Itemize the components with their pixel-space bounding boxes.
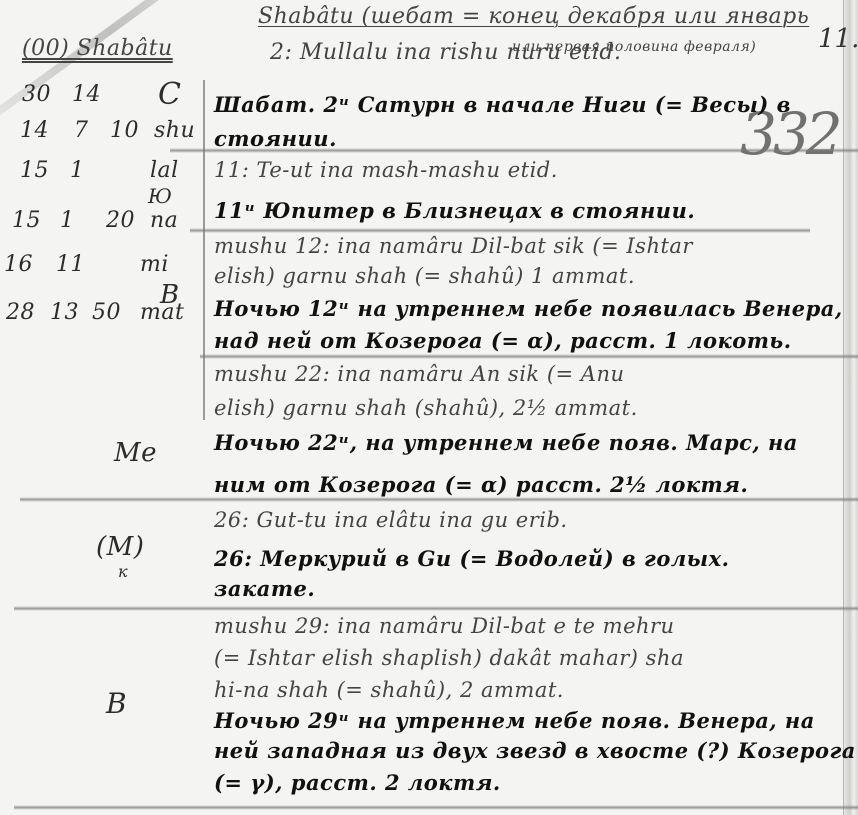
margin-cell: 14 (20, 120, 49, 142)
margin-divider (203, 80, 205, 420)
entry-line: 11: Te-ut ina mash-mashu etid. (214, 160, 558, 181)
entry-line: ним от Козерога (= α) расст. 2½ локтя. (214, 474, 748, 495)
entry-line: Шабат. 2ᵘ Сатурн в начале Ниги (= Весы) … (214, 94, 791, 115)
entry-line: elish) garnu shah (= shahû) 1 ammat. (214, 266, 635, 287)
page-binding-edge (843, 0, 858, 815)
entry-line: elish) garnu shah (shahû), 2½ ammat. (214, 398, 638, 419)
entry-line: Ночью 12ᵘ на утреннем небе появилась Вен… (214, 298, 843, 319)
section-label: (00) Shabâtu (22, 38, 173, 60)
entry-line: (= Ishtar elish shaplish) dakât mahar) s… (214, 648, 684, 669)
entry-line: стоянии. (214, 128, 337, 149)
margin-cell: 20 (106, 210, 135, 232)
margin-cell: 28 (6, 302, 35, 324)
margin-cell: 7 (74, 120, 89, 142)
entry-line: hi-na shah (= shahû), 2 ammat. (214, 680, 564, 701)
margin-cell: 50 (92, 302, 121, 324)
margin-note: Ю (148, 186, 172, 206)
margin-cell: 10 (110, 120, 139, 142)
margin-note: к (118, 564, 128, 580)
entry-line: mushu 22: ina namâru An sik (= Anu (214, 364, 625, 385)
margin-cell: 15 (12, 210, 41, 232)
intro-line: 2: Mullalu ina rishu nuru etid. (270, 42, 621, 64)
entry-line: над ней от Козерога (= α), расст. 1 локо… (214, 330, 792, 351)
header-title: Shabâtu (шебат = конец декабря или январ… (258, 6, 809, 28)
margin-cell: 1 (70, 160, 85, 182)
entry-divider (20, 497, 858, 502)
entry-divider (190, 228, 810, 233)
entry-line: Ночью 22ᵘ, на утреннем небе появ. Марс, … (214, 432, 798, 453)
margin-cell: 30 (22, 84, 51, 106)
entry-line: закате. (214, 578, 315, 599)
margin-cell: 14 (72, 84, 101, 106)
margin-cell: mi (140, 254, 169, 276)
entry-line: ней западная из двух звезд в хвосте (?) … (214, 740, 856, 761)
margin-cell: 11 (56, 254, 85, 276)
manuscript-page: Shabâtu (шебат = конец декабря или январ… (0, 0, 858, 815)
folio-number: 11. (818, 24, 858, 54)
margin-cell: mat (140, 302, 184, 324)
entry-line: mushu 29: ina namâru Dil-bat e te mehru (214, 616, 675, 637)
entry-divider (14, 606, 858, 611)
margin-note: (М) (96, 534, 144, 560)
margin-note: Ме (114, 440, 157, 466)
entry-line: 26: Меркурий в Gu (= Водолей) в голых. (214, 548, 729, 569)
margin-cell: C (158, 80, 181, 110)
margin-cell: lal (150, 160, 179, 182)
entry-line: mushu 12: ina namâru Dil-bat sik (= Isht… (214, 236, 693, 257)
entry-line: (= γ), расст. 2 локтя. (214, 772, 501, 793)
entry-line: Ночью 29ᵘ на утреннем небе появ. Венера,… (214, 710, 815, 731)
entry-line: 26: Gut-tu ina elâtu ina gu erib. (214, 510, 568, 531)
entry-line: 11ᵘ Юпитер в Близнецах в стоянии. (214, 200, 695, 221)
margin-note: В (106, 690, 127, 718)
margin-cell: shu (154, 120, 195, 142)
margin-cell: 16 (4, 254, 33, 276)
margin-cell: 13 (50, 302, 79, 324)
entry-divider (200, 354, 858, 359)
margin-cell: 15 (20, 160, 49, 182)
entry-divider (14, 805, 858, 810)
margin-cell: 1 (60, 210, 75, 232)
margin-cell: na (150, 210, 178, 232)
